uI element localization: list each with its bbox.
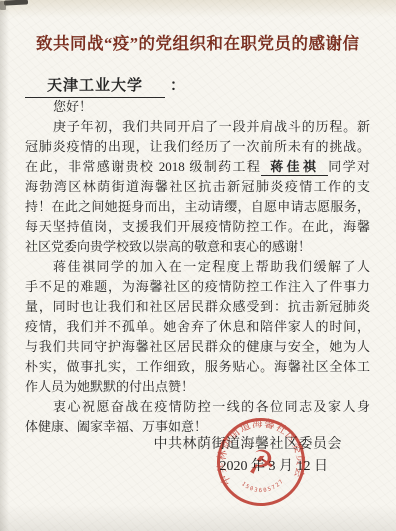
- official-seal: 中共林荫街道海馨社区委员会 ☭ 1503605727: [211, 412, 311, 512]
- recipient-name: 天津工业大学: [25, 74, 165, 98]
- scan-corner-artifact-small: [0, 1, 6, 10]
- hammer-sickle-icon: ☭: [245, 442, 277, 482]
- body-line-p2-5: 与我们共同守护海馨社区居民群众的健康与安全，她为人: [25, 337, 370, 357]
- body-line-p2-3: 量，同时也让我们和社区居民群众感受到：抗击新冠肺炎: [25, 297, 370, 317]
- scan-edge-bottom: [0, 505, 396, 531]
- body-line-p1-2: 冠肺炎疫情的出现，让我们经历了一次前所未有的挑战。: [25, 137, 370, 157]
- body-line-p2-7: 作人员为她默默的付出点赞！: [25, 377, 370, 397]
- seal-graphic: 中共林荫街道海馨社区委员会 ☭ 1503605727: [211, 412, 311, 512]
- student-name: 蒋佳祺: [261, 159, 328, 176]
- scan-edge-left: [0, 0, 9, 531]
- body-line-p2-4: 疫情，我们并不孤单。她舍弃了休息和陪伴家人的时间，: [25, 317, 370, 337]
- body-line-p1-3: 在此，非常感谢贵校 2018 级制药工程蒋佳祺同学对: [25, 157, 370, 177]
- body-line-p1-5: 持！在此之间她挺身而出，主动请缨，自愿申请志愿服务，: [25, 197, 370, 217]
- letter-title: 致共同战“疫”的党组织和在职党员的感谢信: [36, 30, 360, 54]
- body-line-p3-1: 衷心祝愿奋战在疫情防控一线的各位同志及家人身: [25, 397, 370, 417]
- body-line-p2-6: 朴实，做事扎实，工作细致，服务贴心。海馨社区全体工: [25, 357, 370, 377]
- salutation-colon: ：: [170, 78, 185, 94]
- scan-edge-top: [0, 0, 396, 18]
- greeting-line: 您好！: [25, 97, 370, 117]
- body-line-p1-4: 海勃湾区林荫街道海馨社区抗击新冠肺炎疫情工作的支: [25, 177, 370, 197]
- line-text-pre: 在此，非常感谢贵校 2018 级制药工程: [25, 159, 261, 174]
- letter-body: 您好！ 庚子年初，我们共同开启了一段并肩战斗的历程。新 冠肺炎疫情的出现，让我们…: [25, 97, 370, 437]
- body-line-p1-6: 每天坚持值岗，支援我们开展疫情防控工作。在此，海馨: [25, 217, 370, 237]
- body-line-p1-1: 庚子年初，我们共同开启了一段并肩战斗的历程。新: [25, 117, 370, 137]
- body-line-p1-7: 社区党委向贵学校致以崇高的敬意和衷心的感谢！: [25, 237, 370, 257]
- scanned-letter-page: 致共同战“疫”的党组织和在职党员的感谢信 天津工业大学： 您好！ 庚子年初，我们…: [0, 0, 396, 531]
- body-line-p2-2: 手不足的难题，为海馨社区的疫情防控工作注入了件事力: [25, 277, 370, 297]
- body-line-p2-1: 蒋佳祺同学的加入在一定程度上帮助我们缓解了人: [25, 257, 370, 277]
- salutation-line: 天津工业大学：: [25, 74, 185, 98]
- line-text-post: 同学对: [328, 159, 370, 174]
